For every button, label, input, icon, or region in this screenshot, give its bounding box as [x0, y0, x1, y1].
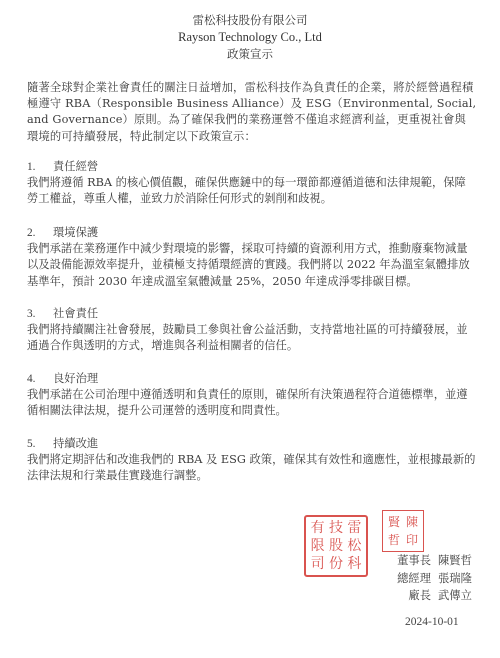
document-title: 政策宣示: [0, 46, 500, 63]
seal-char: 有: [309, 520, 326, 537]
signatory-name: 張瑞隆: [438, 570, 480, 588]
section-body: 我們將持續關注社會發展，鼓勵員工參與社會公益活動，支持當地社區的可持續發展，並通…: [27, 322, 477, 354]
company-name-en: Rayson Technology Co., Ltd: [0, 29, 500, 46]
seal-char: 陳: [403, 513, 421, 531]
signatory-chairman: 董事長 陳賢哲: [380, 552, 480, 570]
seal-char: 哲: [385, 531, 403, 549]
section-number: 5.: [27, 436, 53, 452]
policy-section-5: 5.持續改進 我們將定期評估和改進我們的 RBA 及 ESG 政策，確保其有效性…: [27, 436, 477, 485]
seal-char: 科: [346, 555, 363, 572]
section-title: 持續改進: [53, 436, 98, 452]
seal-char: 印: [403, 531, 421, 549]
policy-section-4: 4.良好治理 我們承諾在公司治理中遵循透明和負責任的原則，確保所有決策過程符合道…: [27, 371, 477, 420]
seal-char: 限: [309, 538, 326, 555]
company-seal-icon: 有 技 雷 限 股 松 司 份 科: [304, 515, 368, 577]
seal-char: 賢: [385, 513, 403, 531]
signatory-role: 廠長: [408, 587, 431, 605]
seal-char: 股: [327, 538, 344, 555]
section-number: 1.: [27, 159, 53, 175]
policy-section-1: 1.責任經營 我們將遵循 RBA 的核心價值觀，確保供應鏈中的每一環節都遵循道德…: [27, 159, 477, 208]
signatory-general-manager: 總經理 張瑞隆: [380, 570, 480, 588]
section-number: 3.: [27, 306, 53, 322]
section-body: 我們將定期評估和改進我們的 RBA 及 ESG 政策，確保其有效性和適應性，並根…: [27, 452, 477, 484]
section-title: 社會責任: [53, 306, 98, 322]
section-title: 責任經營: [53, 159, 98, 175]
seal-char: 技: [327, 520, 344, 537]
seal-char: 雷: [346, 520, 363, 537]
signatory-list: 董事長 陳賢哲 總經理 張瑞隆 廠長 武傳立: [380, 552, 480, 605]
signatory-name: 陳賢哲: [438, 552, 480, 570]
signatory-name: 武傳立: [438, 587, 480, 605]
document-header: 雷松科技股份有限公司 Rayson Technology Co., Ltd 政策…: [0, 12, 500, 63]
signatory-plant-manager: 廠長 武傳立: [380, 587, 480, 605]
chairman-seal-icon: 賢 陳 哲 印: [382, 510, 424, 552]
policy-section-2: 2.環境保護 我們承諾在業務運作中減少對環境的影響，採取可持續的資源利用方式，推…: [27, 225, 477, 290]
section-title: 良好治理: [53, 371, 98, 387]
document-date: 2024-10-01: [405, 616, 459, 628]
intro-paragraph: 隨著全球對企業社會責任的關注日益增加，雷松科技作為負責任的企業，將於經營過程積極…: [27, 80, 477, 145]
signatory-role: 董事長: [397, 552, 431, 570]
policy-section-3: 3.社會責任 我們將持續關注社會發展，鼓勵員工參與社會公益活動，支持當地社區的可…: [27, 306, 477, 355]
seal-char: 份: [327, 555, 344, 572]
seal-char: 司: [309, 555, 326, 572]
seal-char: 松: [346, 538, 363, 555]
signatory-role: 總經理: [397, 570, 431, 588]
section-body: 我們承諾在公司治理中遵循透明和負責任的原則，確保所有決策過程符合道德標準，並遵循…: [27, 387, 477, 419]
section-body: 我們承諾在業務運作中減少對環境的影響，採取可持續的資源利用方式，推動廢棄物減量以…: [27, 241, 477, 290]
section-title: 環境保護: [53, 225, 98, 241]
section-number: 4.: [27, 371, 53, 387]
section-body: 我們將遵循 RBA 的核心價值觀，確保供應鏈中的每一環節都遵循道德和法律規範，保…: [27, 175, 477, 207]
company-name-zh: 雷松科技股份有限公司: [0, 12, 500, 29]
section-number: 2.: [27, 225, 53, 241]
